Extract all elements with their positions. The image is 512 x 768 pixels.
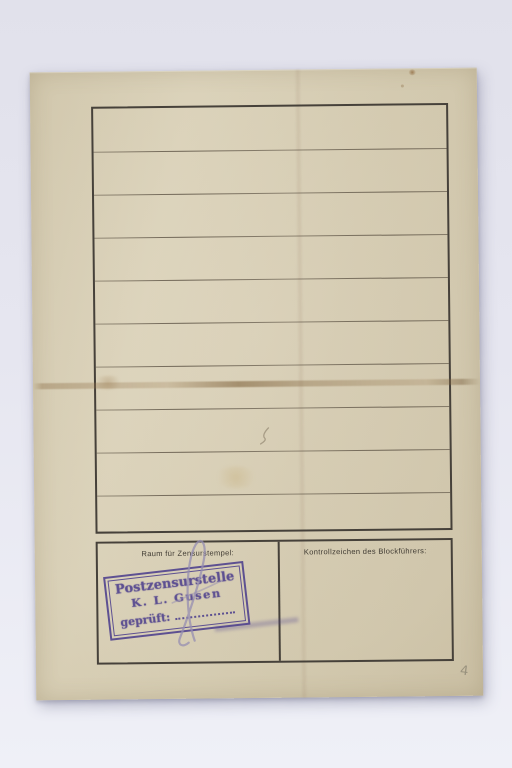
document-paper: Raum für Zensurstempel: Postzensurstelle…: [30, 68, 484, 701]
ruled-line: [94, 234, 447, 239]
pencil-page-number: 4: [459, 663, 469, 679]
ruled-line: [97, 449, 450, 454]
ruled-line: [94, 148, 447, 153]
foxing-stain: [409, 69, 416, 75]
censor-stamp-box: Raum für Zensurstempel: Postzensurstelle…: [98, 542, 281, 663]
ruled-line: [94, 191, 447, 196]
photo-background: Raum für Zensurstempel: Postzensurstelle…: [0, 0, 512, 768]
faint-scuff-mark: [257, 426, 273, 446]
bottom-section: Raum für Zensurstempel: Postzensurstelle…: [96, 538, 454, 665]
ruled-line: [96, 363, 449, 368]
ruled-line: [96, 406, 449, 411]
ruled-writing-table: [91, 103, 452, 534]
blockfuehrer-box-label: Kontrollzeichen des Blockführers:: [280, 546, 451, 557]
ruled-line: [95, 320, 448, 325]
blockfuehrer-box: Kontrollzeichen des Blockführers:: [280, 540, 452, 661]
ruled-line: [95, 277, 448, 282]
censor-signature: [136, 530, 247, 653]
ruled-line: [97, 492, 450, 497]
foxing-stain: [401, 84, 404, 87]
